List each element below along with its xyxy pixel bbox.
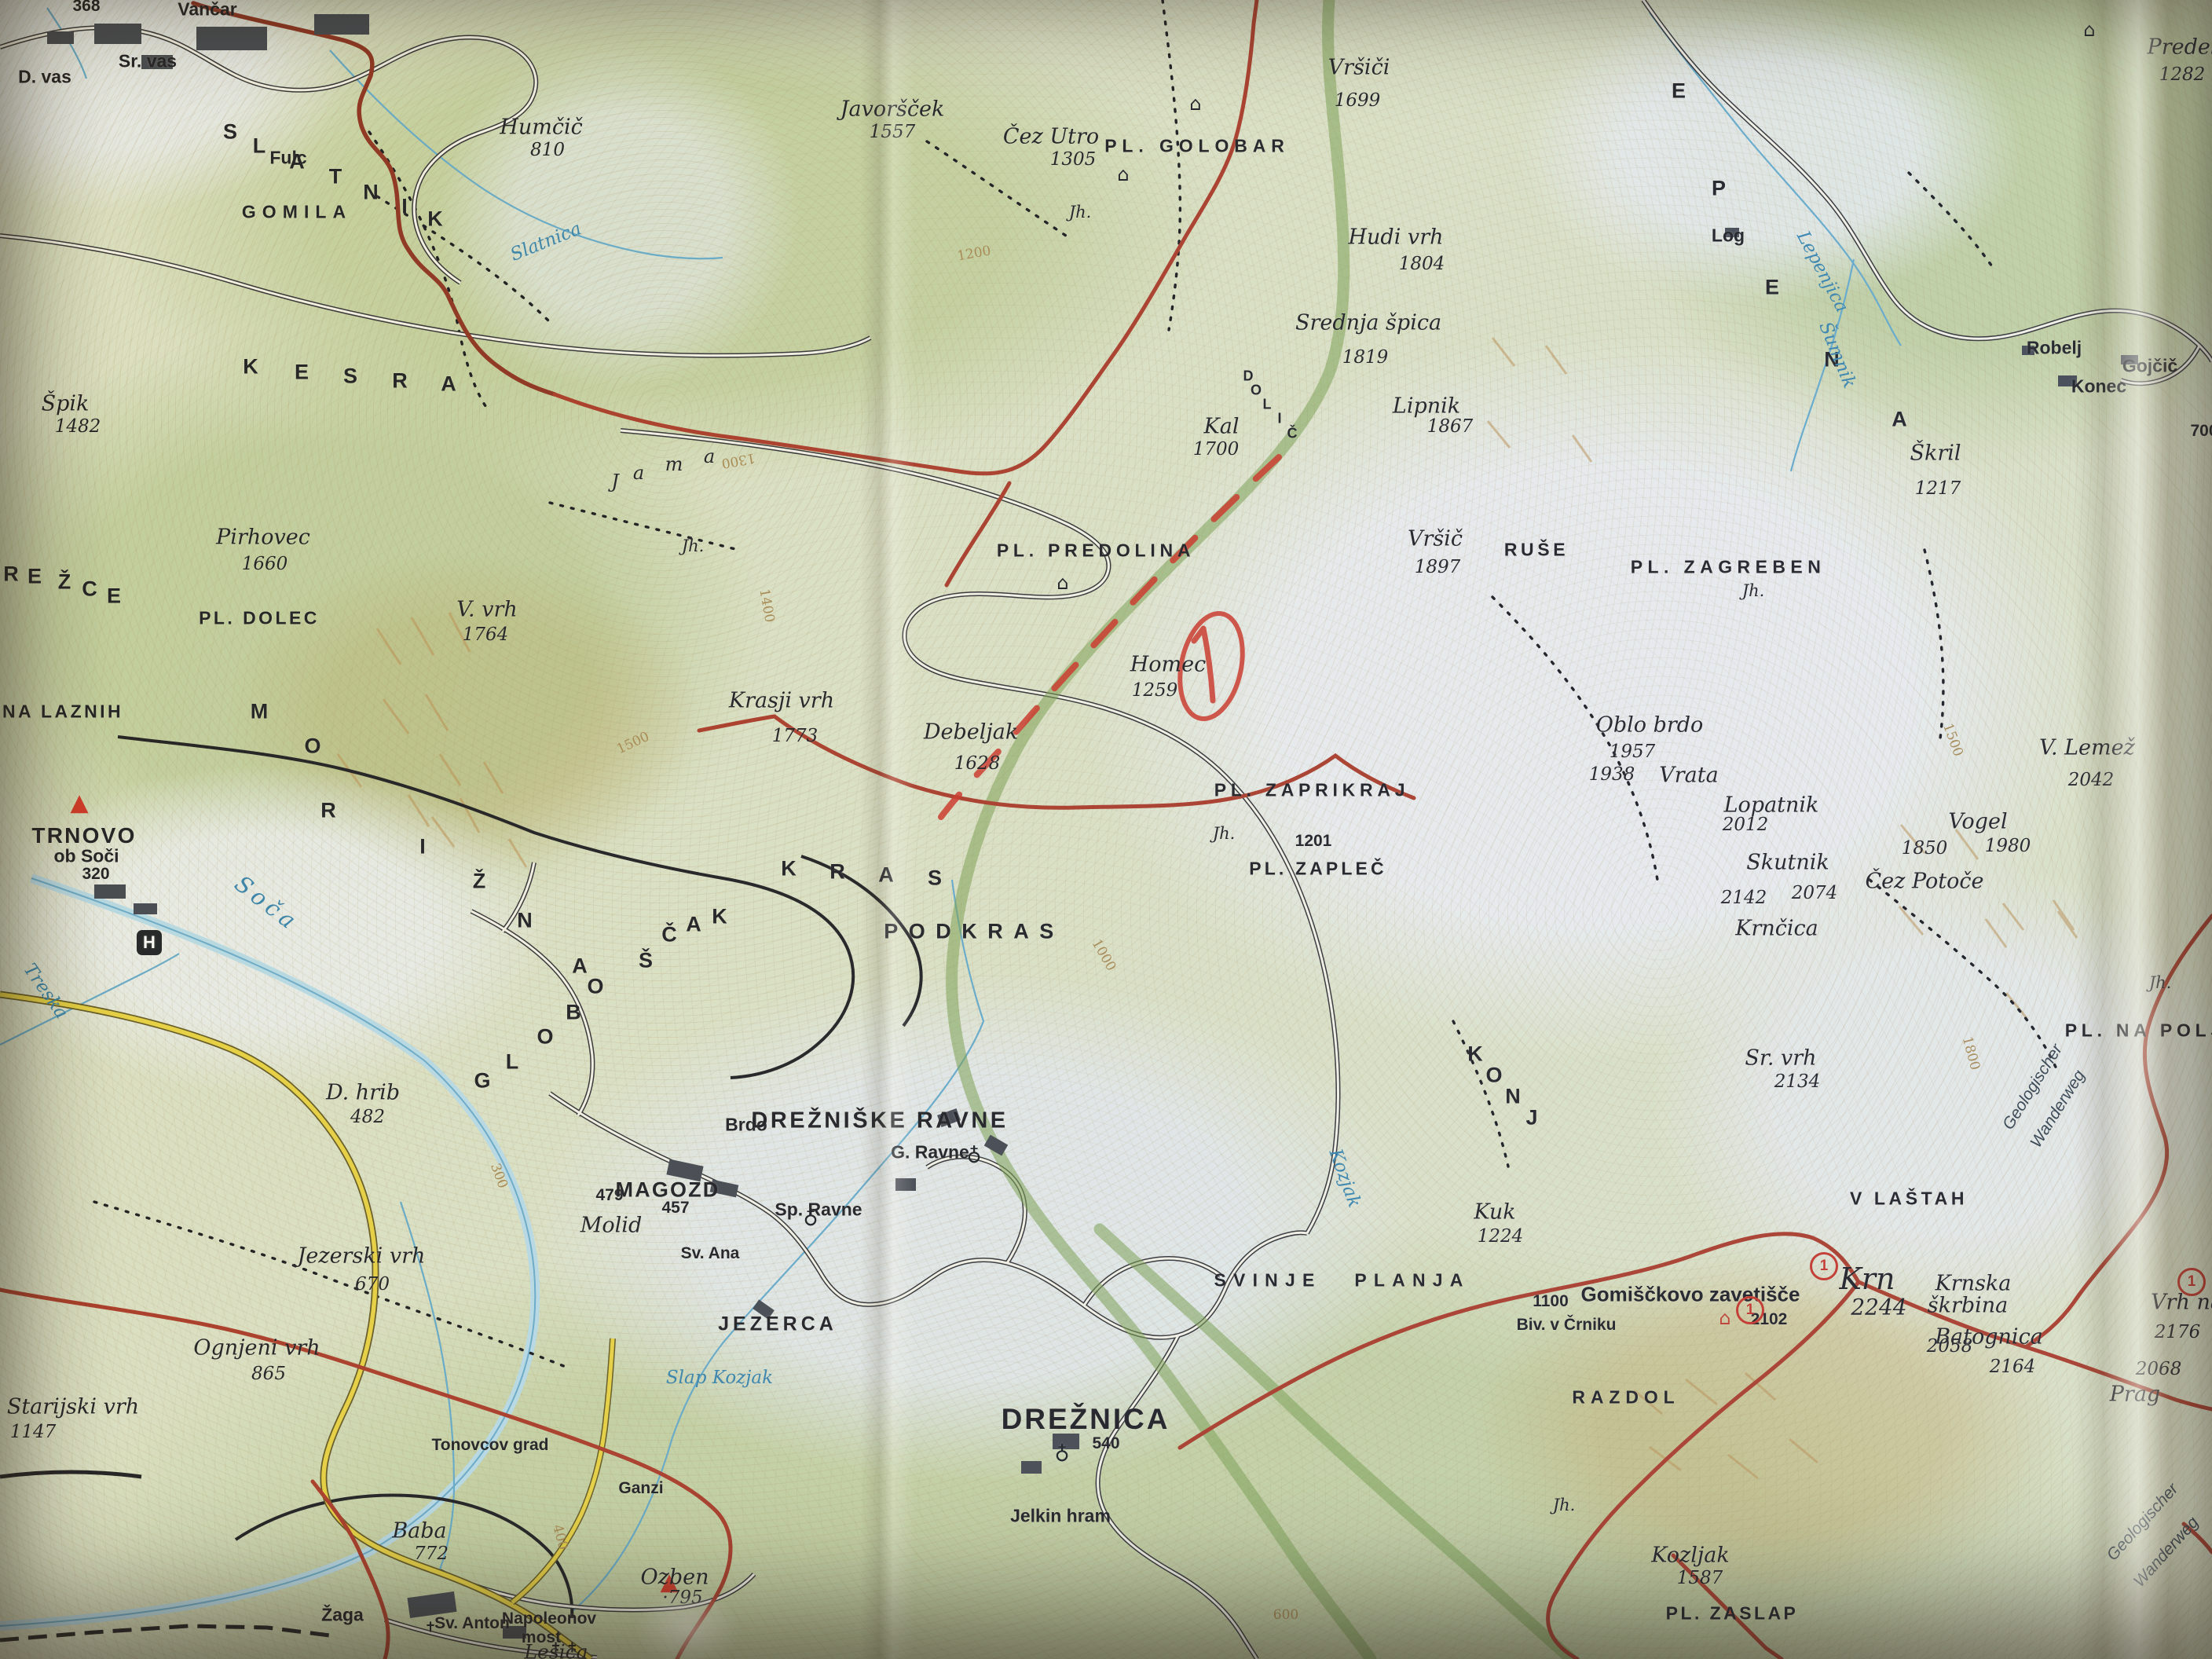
map-label-srednja-spica: Srednja špica: [1295, 311, 1441, 335]
map-label-vrsic: Vršič: [1408, 527, 1463, 551]
map-label-187: 540: [1092, 1434, 1119, 1453]
map-label-107: 2012: [1723, 815, 1769, 835]
map-photo: 368VančarSr. vasD. vasFulcGOMILAHumčič81…: [0, 0, 2212, 1659]
map-label-vogel: Vogel: [1948, 810, 2007, 834]
map-label-97: 400: [549, 1523, 571, 1552]
map-label-92: 1500: [614, 729, 652, 757]
map-label-v-lastah: V LAŠTAH: [1850, 1188, 1968, 1210]
map-label-svinje: SVINJE: [1214, 1270, 1321, 1291]
map-label-75: E: [107, 584, 121, 609]
map-label-54: S: [343, 364, 357, 389]
labels-layer: 368VančarSr. vasD. vasFulcGOMILAHumčič81…: [0, 0, 2212, 1659]
map-label-shelter-icon: ⌂: [1719, 1307, 1730, 1329]
map-label-140: Ž: [473, 870, 486, 894]
map-label-127: G: [474, 1069, 490, 1093]
map-label-krn: Krn: [1839, 1262, 1895, 1296]
map-label-155: 865: [251, 1364, 286, 1384]
map-label-81: Jh.: [682, 537, 705, 555]
map-label-dreznica: DREŽNICA: [1002, 1403, 1170, 1436]
map-label-planja: PLANJA: [1354, 1270, 1470, 1291]
map-label-zaga: Žaga: [321, 1605, 364, 1626]
map-label-18: 1200: [956, 243, 992, 264]
map-label-78: a: [633, 462, 644, 484]
map-label-95: 1000: [1089, 936, 1119, 973]
map-label-141: N: [517, 909, 533, 933]
map-label-vrata: Vrata: [1659, 764, 1718, 788]
map-label-pl-predolina: PL. PREDOLINA: [997, 540, 1195, 562]
map-label-24: 1819: [1342, 347, 1389, 368]
map-label-ruse: RUŠE: [1504, 540, 1569, 561]
map-label-trail-marker-1: 1: [1810, 1252, 1838, 1280]
map-label-120: 1201: [1295, 832, 1332, 851]
map-label-d-hrib: D. hrib: [326, 1081, 400, 1105]
map-label-kal: Kal: [1204, 415, 1240, 439]
map-label-114: 1980: [1985, 836, 2031, 856]
map-label-104: 1938: [1589, 764, 1635, 785]
map-label-98: 300: [487, 1161, 511, 1190]
map-label-treska: Treska: [20, 960, 72, 1023]
map-label-63: K: [427, 207, 443, 232]
map-label-jezerski-vrh: Jezerski vrh: [298, 1244, 426, 1269]
map-label-174: 457: [661, 1199, 689, 1218]
map-label-74: C: [82, 577, 97, 602]
map-label-62: I: [401, 195, 408, 219]
map-label-12: 1305: [1050, 149, 1097, 170]
map-label-pl-zaprikraj: PL. ZAPRIKRAJ: [1214, 780, 1410, 801]
map-label-church-icon: ♁: [1054, 1443, 1069, 1467]
map-label-207: škrbina: [1928, 1294, 2009, 1318]
map-label-ognjeni-vrh: Ognjeni vrh: [193, 1336, 320, 1361]
map-label-jh: Jh.: [1069, 203, 1092, 222]
map-label-35: P: [1712, 177, 1726, 201]
map-label-napoleonov-most: Napoleonov: [502, 1610, 596, 1628]
map-label-197: 1224: [1478, 1226, 1524, 1247]
map-label-32: I: [1277, 411, 1281, 427]
map-fold-center: [860, 0, 915, 1659]
map-label-ganzi: Ganzi: [618, 1479, 663, 1498]
map-label-pirhovec: Pirhovec: [216, 526, 310, 550]
map-label-log: Log: [1712, 225, 1745, 247]
map-label-trail-marker-1: 1: [1736, 1296, 1764, 1324]
map-label-136: M: [251, 700, 269, 724]
map-label-193: O: [1485, 1064, 1502, 1088]
map-label-kozljak: Kozljak: [1651, 1544, 1729, 1568]
map-label-kozjak: Kozjak: [1325, 1146, 1365, 1210]
map-label-31: L: [1263, 397, 1272, 413]
map-label-homec: Homec: [1130, 653, 1207, 677]
map-label-pl-dolec: PL. DOLEC: [199, 608, 320, 629]
map-label-pl-zaplec: PL. ZAPLEČ: [1249, 859, 1387, 880]
map-label-205: 2244: [1851, 1295, 1906, 1320]
map-label-94: 1800: [1959, 1035, 1983, 1072]
map-label-91: 1400: [756, 588, 777, 624]
map-label-157: 1147: [10, 1422, 57, 1442]
map-label-spot-368: 368: [72, 0, 100, 16]
map-label-kuk: Kuk: [1474, 1200, 1515, 1225]
map-label-80: a: [704, 445, 715, 467]
map-label-jezerca: JEZERCA: [718, 1313, 837, 1336]
map-label-218: Jh.: [1553, 1496, 1576, 1514]
map-label-26: 1867: [1427, 416, 1474, 437]
map-label-90: 1300: [720, 449, 756, 471]
map-label-71: R: [3, 562, 19, 587]
map-label-slap-kozjak: Slap Kozjak: [666, 1368, 773, 1388]
map-label-123: K: [781, 857, 797, 881]
map-label-baba: Baba: [392, 1519, 446, 1544]
map-label-sumnik: Šumnik: [1815, 319, 1859, 391]
map-label-debeljak: Debeljak: [924, 720, 1018, 745]
map-label-vrsici: Vršiči: [1328, 56, 1390, 80]
map-label-146: 320: [82, 865, 109, 884]
map-label-skutnik: Skutnik: [1746, 851, 1829, 875]
map-label-110: 2142: [1721, 888, 1767, 908]
map-label-humcic: Humčič: [500, 115, 582, 140]
map-fold-right: [2074, 0, 2192, 1659]
map-label-34: E: [1672, 79, 1686, 104]
map-label-73: Ž: [58, 570, 71, 595]
map-label-96: 600: [1273, 1607, 1298, 1623]
map-label-109: 2074: [1792, 883, 1838, 903]
map-label-oblo-brdo: Oblo brdo: [1596, 713, 1704, 738]
map-label-lesica: Lesica: [524, 1641, 588, 1659]
map-label-molid: Molid: [580, 1214, 642, 1238]
map-label-50: Jh.: [1742, 581, 1765, 600]
map-label-133: Č: [661, 923, 677, 947]
map-label-61: N: [363, 181, 379, 205]
map-label-lopatnik: Lopatnik: [1724, 793, 1819, 818]
map-label-142: A: [572, 954, 588, 979]
map-label-100: 1897: [1415, 557, 1461, 577]
map-label-campsite-icon: ▲: [70, 789, 88, 817]
map-label-77: J: [611, 471, 619, 493]
map-label-226: 1587: [1677, 1568, 1723, 1588]
map-label-139: I: [419, 835, 426, 859]
map-label-93: 1500: [1939, 721, 1966, 758]
map-label-119: Jh.: [1213, 824, 1236, 843]
map-label-67: 1660: [242, 554, 288, 574]
map-label-194: N: [1505, 1085, 1521, 1109]
map-label-lipnik: Lipnik: [1393, 394, 1460, 419]
map-label-cross-icon: ✝: [424, 1620, 436, 1636]
map-label-57: S: [223, 120, 237, 145]
map-label-52: K: [243, 355, 258, 379]
map-label-124: R: [829, 860, 845, 884]
map-label-sr-vrh: Sr. vrh: [1745, 1046, 1816, 1071]
map-label-60: T: [329, 165, 342, 189]
map-label-130: B: [566, 1001, 581, 1025]
map-label-starijski-vrh: Starijski vrh: [7, 1395, 139, 1419]
map-label-55: R: [392, 369, 408, 394]
map-label-vancar: Vančar: [178, 0, 236, 20]
map-label-skril: Škril: [1910, 441, 1961, 466]
map-label-85: 1259: [1132, 680, 1178, 701]
map-label-hotel-icon: H: [137, 930, 162, 955]
map-label-138: R: [320, 799, 336, 823]
map-label-gomisckovo-zavetisce: Gomiščkovo zavetišče: [1581, 1283, 1800, 1307]
map-label-79: m: [665, 453, 683, 475]
map-label-jelkin-hram: Jelkin hram: [1010, 1506, 1111, 1527]
map-label-22: 1804: [1399, 254, 1445, 274]
map-label-126: S: [928, 866, 942, 891]
map-label-sv-anton: Sv. Anton: [434, 1614, 510, 1633]
map-label-135: K: [712, 905, 727, 929]
map-label-151: 482: [350, 1107, 385, 1127]
map-label-33: Č: [1287, 426, 1298, 442]
map-label-spik: Špik: [42, 392, 90, 416]
map-label-sr-vas: Sr. vas: [119, 51, 177, 72]
map-label-70: 1764: [463, 624, 509, 645]
map-label-137: O: [304, 734, 320, 759]
map-label-hut-icon: ⌂: [1189, 93, 1201, 115]
map-label-103: 1957: [1610, 742, 1656, 762]
map-label-134: A: [686, 913, 701, 937]
map-label-30: O: [1251, 383, 1262, 399]
map-label-56: A: [441, 372, 456, 397]
map-label-v-vrh: V. vrh: [456, 598, 518, 622]
map-label-217: Biv. v Črniku: [1517, 1316, 1617, 1335]
map-label-pl-zagreben: PL. ZAGREBEN: [1631, 557, 1826, 578]
map-label-church-icon: ♁: [803, 1207, 818, 1231]
map-label-51: 700: [2190, 422, 2212, 441]
map-label-trnovo: TRNOVO: [31, 823, 136, 848]
map-label-132: Š: [639, 949, 653, 973]
map-label-28: 1700: [1193, 439, 1240, 460]
map-label-slatnica: Slatnica: [507, 218, 584, 266]
map-label-153: 670: [355, 1274, 390, 1295]
map-label-sv-ana: Sv. Ana: [681, 1244, 740, 1263]
map-label-58: L: [253, 134, 266, 159]
map-label-biv-v-crniku: 1100: [1533, 1292, 1569, 1311]
map-label-72: E: [27, 565, 42, 589]
map-label-sp-ravne: Sp. Ravne: [775, 1199, 862, 1221]
map-label-pl-zaslap: PL. ZASLAP: [1666, 1603, 1799, 1624]
map-label-87: 1628: [954, 753, 1001, 774]
map-label-soca: Soča: [229, 870, 304, 937]
map-label-129: O: [537, 1025, 553, 1049]
map-label-krncica: Krnčica: [1735, 917, 1818, 941]
map-crease-highlight: [621, 1563, 754, 1659]
map-label-38: A: [1892, 408, 1907, 432]
map-label-pl-golobar: PL. GOLOBAR: [1104, 136, 1290, 157]
map-label-159: 772: [414, 1544, 449, 1564]
map-label-krnska-skrbina: Krnska: [1935, 1272, 2012, 1296]
map-label-hut-icon: ⌂: [1057, 572, 1068, 594]
map-label-59: A: [289, 150, 305, 174]
map-label-195: J: [1525, 1106, 1537, 1130]
map-label-church-icon: ♁: [966, 1144, 981, 1168]
map-label-lepenjica: Lepenjica: [1793, 228, 1852, 316]
map-label-hut-icon: ⌂: [1117, 163, 1129, 185]
map-label-199: 2134: [1774, 1071, 1821, 1092]
map-label-65: 1482: [55, 416, 101, 437]
map-label-131: O: [587, 975, 603, 999]
map-label-209: 2164: [1990, 1357, 2036, 1377]
map-label-36: E: [1765, 276, 1779, 300]
map-label-53: E: [295, 361, 309, 385]
map-label-192: K: [1467, 1042, 1483, 1067]
map-label-d-vas: D. vas: [18, 67, 71, 88]
map-label-47: 1217: [1915, 478, 1961, 499]
map-label-na-laznih: NA LAZNIH: [2, 701, 123, 723]
map-label-gomila: GOMILA: [242, 202, 352, 223]
map-label-210: 2058: [1927, 1336, 1973, 1357]
map-label-7: 810: [530, 140, 565, 160]
map-label-hudi-vrh: Hudi vrh: [1349, 225, 1444, 250]
map-label-tonovcov-grad: Tonovcov grad: [432, 1436, 549, 1455]
map-label-krasji-vrh: Krasji vrh: [729, 689, 834, 713]
map-label-cez-utro: Čez Utro: [1003, 125, 1099, 149]
map-label-ob-soci: ob Soči: [53, 846, 119, 867]
map-label-20: 1699: [1335, 90, 1381, 111]
map-label-cez-potoce: Čez Potoče: [1866, 870, 1984, 894]
map-label-89: 1773: [772, 726, 819, 746]
map-label-115: 1850: [1902, 838, 1948, 859]
map-label-razdol: RAZDOL: [1572, 1387, 1679, 1408]
map-label-128: L: [506, 1050, 519, 1075]
